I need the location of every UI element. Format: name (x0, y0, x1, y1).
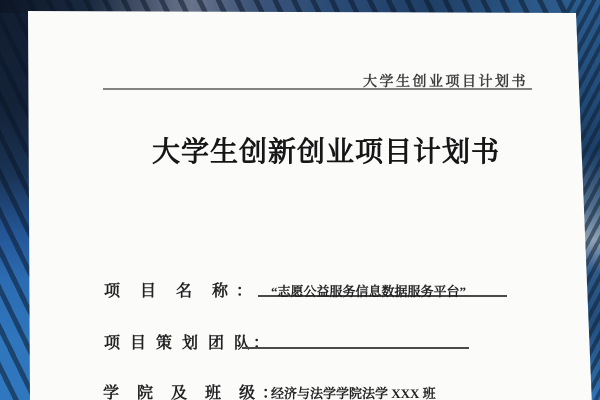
screenshot-stage: 大学生创业项目计划书 大学生创新创业项目计划书 项 目 名 称： “志愿公益服务… (0, 0, 600, 400)
field-row-college-class: 学 院 及 班 级： 经济与法学学院法学 XXX 班 (0, 380, 600, 400)
project-team-underline (242, 347, 469, 349)
college-class-label: 学 院 及 班 级： (103, 380, 285, 400)
field-row-project-team: 项 目 策 划 团 队： (0, 330, 600, 356)
project-name-label: 项 目 名 称： (104, 278, 260, 301)
project-team-label: 项 目 策 划 团 队： (104, 330, 272, 353)
field-row-project-name: 项 目 名 称： “志愿公益服务信息数据服务平台” (0, 278, 600, 304)
college-class-value: 经济与法学学院法学 XXX 班 (271, 383, 436, 400)
header-rule (103, 88, 532, 90)
document-page: 大学生创业项目计划书 大学生创新创业项目计划书 项 目 名 称： “志愿公益服务… (0, 0, 600, 400)
document-title: 大学生创新创业项目计划书 (150, 130, 502, 170)
project-name-value: “志愿公益服务信息数据服务平台” (271, 281, 466, 300)
